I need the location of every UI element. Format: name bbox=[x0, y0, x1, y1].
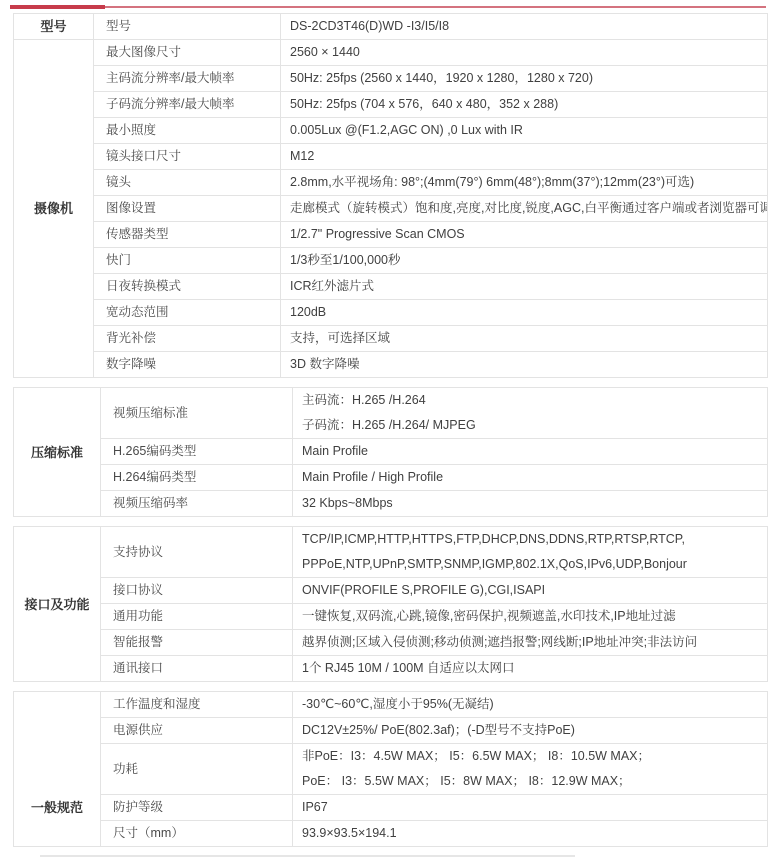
spec-name-cell: 最大图像尺寸 bbox=[94, 40, 281, 66]
spec-name-cell: 传感器类型 bbox=[94, 222, 281, 248]
spec-value-cell: 支持，可选择区域 bbox=[281, 326, 768, 352]
spec-value-cell: 120dB bbox=[281, 300, 768, 326]
spec-value-line: 走廊模式（旋转模式）饱和度,亮度,对比度,锐度,AGC,白平衡通过客户端或者浏览… bbox=[290, 196, 767, 221]
spec-name-cell: 镜头接口尺寸 bbox=[94, 144, 281, 170]
spec-name-cell: 通讯接口 bbox=[101, 656, 293, 682]
spec-row: 传感器类型1/2.7" Progressive Scan CMOS bbox=[14, 222, 768, 248]
spec-value-cell: 一键恢复,双码流,心跳,镜像,密码保护,视频遮盖,水印技术,IP地址过滤 bbox=[293, 604, 768, 630]
spec-name-cell: 工作温度和湿度 bbox=[101, 692, 293, 718]
spec-value-line: PPPoE,NTP,UPnP,SMTP,SNMP,IGMP,802.1X,QoS… bbox=[302, 552, 767, 577]
spec-name-cell: 镜头 bbox=[94, 170, 281, 196]
spec-row: 电源供应DC12V±25%/ PoE(802.3af)；(-D型号不支持PoE) bbox=[14, 718, 768, 744]
spec-value-line: Main Profile bbox=[302, 439, 767, 464]
spec-row: 型号型号DS-2CD3T46(D)WD -I3/I5/I8 bbox=[14, 14, 768, 40]
spec-row: 镜头接口尺寸M12 bbox=[14, 144, 768, 170]
spec-value-cell: IP67 bbox=[293, 795, 768, 821]
spec-value-cell: 越界侦测;区域入侵侦测;移动侦测;遮挡报警;网线断;IP地址冲突;非法访问 bbox=[293, 630, 768, 656]
spec-name-cell: 型号 bbox=[94, 14, 281, 40]
spec-value-cell: 主码流：H.265 /H.264子码流：H.265 /H.264/ MJPEG bbox=[293, 388, 768, 439]
spec-name-cell: 防护等级 bbox=[101, 795, 293, 821]
spec-value-line: ONVIF(PROFILE S,PROFILE G),CGI,ISAPI bbox=[302, 578, 767, 603]
spec-value-cell: 2560 × 1440 bbox=[281, 40, 768, 66]
spec-value-line: 50Hz: 25fps (704 x 576，640 x 480，352 x 2… bbox=[290, 92, 767, 117]
spec-value-line: M12 bbox=[290, 144, 767, 169]
spec-name-cell: H.265编码类型 bbox=[101, 439, 293, 465]
spec-row: 一般规范工作温度和湿度-30℃~60℃,湿度小于95%(无凝结) bbox=[14, 692, 768, 718]
spec-name-cell: 电源供应 bbox=[101, 718, 293, 744]
spec-value-line: 120dB bbox=[290, 300, 767, 325]
spec-value-cell: ONVIF(PROFILE S,PROFILE G),CGI,ISAPI bbox=[293, 578, 768, 604]
spec-row: 背光补偿支持，可选择区域 bbox=[14, 326, 768, 352]
spec-row: 接口及功能支持协议TCP/IP,ICMP,HTTP,HTTPS,FTP,DHCP… bbox=[14, 527, 768, 578]
spec-name-cell: 主码流分辨率/最大帧率 bbox=[94, 66, 281, 92]
spec-row: 日夜转换模式ICR红外滤片式 bbox=[14, 274, 768, 300]
spec-row: 镜头2.8mm,水平视场角: 98°;(4mm(79°) 6mm(48°);8m… bbox=[14, 170, 768, 196]
spec-row: 接口协议ONVIF(PROFILE S,PROFILE G),CGI,ISAPI bbox=[14, 578, 768, 604]
spec-value-line: 子码流：H.265 /H.264/ MJPEG bbox=[302, 413, 767, 438]
spec-value-cell: Main Profile bbox=[293, 439, 768, 465]
spec-row: 防护等级IP67 bbox=[14, 795, 768, 821]
spec-value-cell: 1/3秒至1/100,000秒 bbox=[281, 248, 768, 274]
spec-name-cell: 数字降噪 bbox=[94, 352, 281, 378]
spec-row: 图像设置走廊模式（旋转模式）饱和度,亮度,对比度,锐度,AGC,白平衡通过客户端… bbox=[14, 196, 768, 222]
spec-name-cell: 通用功能 bbox=[101, 604, 293, 630]
spec-value-cell: 93.9×93.5×194.1 bbox=[293, 821, 768, 847]
spec-value-line: 主码流：H.265 /H.264 bbox=[302, 388, 767, 413]
spec-name-cell: 视频压缩标准 bbox=[101, 388, 293, 439]
spec-value-line: 3D 数字降噪 bbox=[290, 352, 767, 377]
spec-row: 视频压缩码率32 Kbps~8Mbps bbox=[14, 491, 768, 517]
spec-value-cell: M12 bbox=[281, 144, 768, 170]
spec-table-model-camera: 型号型号DS-2CD3T46(D)WD -I3/I5/I8摄像机最大图像尺寸25… bbox=[13, 13, 768, 378]
spec-value-line: PoE： I3：5.5W MAX； I5：8W MAX； I8：12.9W MA… bbox=[302, 769, 767, 794]
spec-value-line: 越界侦测;区域入侵侦测;移动侦测;遮挡报警;网线断;IP地址冲突;非法访问 bbox=[302, 630, 767, 655]
spec-name-cell: 智能报警 bbox=[101, 630, 293, 656]
spec-row: 尺寸（mm）93.9×93.5×194.1 bbox=[14, 821, 768, 847]
spec-value-line: ICR红外滤片式 bbox=[290, 274, 767, 299]
spec-row: 压缩标准视频压缩标准主码流：H.265 /H.264子码流：H.265 /H.2… bbox=[14, 388, 768, 439]
spec-value-line: 1个 RJ45 10M / 100M 自适应以太网口 bbox=[302, 656, 767, 681]
spec-value-cell: 50Hz: 25fps (704 x 576，640 x 480，352 x 2… bbox=[281, 92, 768, 118]
spec-row: 最小照度0.005Lux @(F1.2,AGC ON) ,0 Lux with … bbox=[14, 118, 768, 144]
spec-row: H.264编码类型Main Profile / High Profile bbox=[14, 465, 768, 491]
spec-value-cell: 走廊模式（旋转模式）饱和度,亮度,对比度,锐度,AGC,白平衡通过客户端或者浏览… bbox=[281, 196, 768, 222]
spec-name-cell: 背光补偿 bbox=[94, 326, 281, 352]
spec-name-cell: 最小照度 bbox=[94, 118, 281, 144]
spec-value-cell: 2.8mm,水平视场角: 98°;(4mm(79°) 6mm(48°);8mm(… bbox=[281, 170, 768, 196]
section-label: 型号 bbox=[14, 14, 94, 40]
spec-name-cell: 视频压缩码率 bbox=[101, 491, 293, 517]
spec-table-interface-functions: 接口及功能支持协议TCP/IP,ICMP,HTTP,HTTPS,FTP,DHCP… bbox=[13, 526, 768, 682]
spec-row: H.265编码类型Main Profile bbox=[14, 439, 768, 465]
spec-row: 数字降噪3D 数字降噪 bbox=[14, 352, 768, 378]
spec-value-line: Main Profile / High Profile bbox=[302, 465, 767, 490]
spec-name-cell: 宽动态范围 bbox=[94, 300, 281, 326]
spec-value-cell: 1/2.7" Progressive Scan CMOS bbox=[281, 222, 768, 248]
section-label: 摄像机 bbox=[14, 40, 94, 378]
spec-value-cell: DC12V±25%/ PoE(802.3af)；(-D型号不支持PoE) bbox=[293, 718, 768, 744]
spec-value-line: 1/3秒至1/100,000秒 bbox=[290, 248, 767, 273]
spec-value-line: 2.8mm,水平视场角: 98°;(4mm(79°) 6mm(48°);8mm(… bbox=[290, 170, 767, 195]
spec-row: 功耗非PoE：I3：4.5W MAX； I5：6.5W MAX； I8：10.5… bbox=[14, 744, 768, 795]
spec-value-cell: DS-2CD3T46(D)WD -I3/I5/I8 bbox=[281, 14, 768, 40]
spec-row: 智能报警越界侦测;区域入侵侦测;移动侦测;遮挡报警;网线断;IP地址冲突;非法访… bbox=[14, 630, 768, 656]
spec-value-cell: ICR红外滤片式 bbox=[281, 274, 768, 300]
active-tab-indicator bbox=[10, 5, 105, 9]
spec-row: 摄像机最大图像尺寸2560 × 1440 bbox=[14, 40, 768, 66]
next-table-edge-divider bbox=[40, 855, 575, 857]
spec-name-cell: 快门 bbox=[94, 248, 281, 274]
spec-value-line: DC12V±25%/ PoE(802.3af)；(-D型号不支持PoE) bbox=[302, 718, 767, 743]
spec-name-cell: 支持协议 bbox=[101, 527, 293, 578]
spec-value-line: 支持，可选择区域 bbox=[290, 326, 767, 351]
spec-row: 宽动态范围120dB bbox=[14, 300, 768, 326]
spec-value-line: 0.005Lux @(F1.2,AGC ON) ,0 Lux with IR bbox=[290, 118, 767, 143]
spec-value-cell: 非PoE：I3：4.5W MAX； I5：6.5W MAX； I8：10.5W … bbox=[293, 744, 768, 795]
spec-name-cell: 日夜转换模式 bbox=[94, 274, 281, 300]
spec-table-general: 一般规范工作温度和湿度-30℃~60℃,湿度小于95%(无凝结)电源供应DC12… bbox=[13, 691, 768, 847]
spec-value-line: IP67 bbox=[302, 795, 767, 820]
tab-underline bbox=[10, 6, 766, 8]
spec-value-cell: 1个 RJ45 10M / 100M 自适应以太网口 bbox=[293, 656, 768, 682]
spec-name-cell: 图像设置 bbox=[94, 196, 281, 222]
section-label: 一般规范 bbox=[14, 692, 101, 847]
spec-value-line: 一键恢复,双码流,心跳,镜像,密码保护,视频遮盖,水印技术,IP地址过滤 bbox=[302, 604, 767, 629]
section-label: 压缩标准 bbox=[14, 388, 101, 517]
spec-value-cell: 0.005Lux @(F1.2,AGC ON) ,0 Lux with IR bbox=[281, 118, 768, 144]
spec-value-line: TCP/IP,ICMP,HTTP,HTTPS,FTP,DHCP,DNS,DDNS… bbox=[302, 527, 767, 552]
spec-value-cell: 50Hz: 25fps (2560 x 1440，1920 x 1280，128… bbox=[281, 66, 768, 92]
spec-value-line: 93.9×93.5×194.1 bbox=[302, 821, 767, 846]
spec-value-line: DS-2CD3T46(D)WD -I3/I5/I8 bbox=[290, 14, 767, 39]
spec-table-compression: 压缩标准视频压缩标准主码流：H.265 /H.264子码流：H.265 /H.2… bbox=[13, 387, 768, 517]
spec-value-line: 32 Kbps~8Mbps bbox=[302, 491, 767, 516]
spec-value-line: 50Hz: 25fps (2560 x 1440，1920 x 1280，128… bbox=[290, 66, 767, 91]
spec-value-cell: -30℃~60℃,湿度小于95%(无凝结) bbox=[293, 692, 768, 718]
spec-name-cell: 功耗 bbox=[101, 744, 293, 795]
spec-name-cell: 子码流分辨率/最大帧率 bbox=[94, 92, 281, 118]
spec-row: 快门1/3秒至1/100,000秒 bbox=[14, 248, 768, 274]
spec-value-line: 非PoE：I3：4.5W MAX； I5：6.5W MAX； I8：10.5W … bbox=[302, 744, 767, 769]
spec-value-line: 1/2.7" Progressive Scan CMOS bbox=[290, 222, 767, 247]
spec-row: 子码流分辨率/最大帧率50Hz: 25fps (704 x 576，640 x … bbox=[14, 92, 768, 118]
section-label: 接口及功能 bbox=[14, 527, 101, 682]
spec-row: 通讯接口1个 RJ45 10M / 100M 自适应以太网口 bbox=[14, 656, 768, 682]
spec-value-line: -30℃~60℃,湿度小于95%(无凝结) bbox=[302, 692, 767, 717]
spec-value-cell: Main Profile / High Profile bbox=[293, 465, 768, 491]
spec-value-cell: TCP/IP,ICMP,HTTP,HTTPS,FTP,DHCP,DNS,DDNS… bbox=[293, 527, 768, 578]
spec-name-cell: H.264编码类型 bbox=[101, 465, 293, 491]
spec-row: 通用功能一键恢复,双码流,心跳,镜像,密码保护,视频遮盖,水印技术,IP地址过滤 bbox=[14, 604, 768, 630]
spec-row: 主码流分辨率/最大帧率50Hz: 25fps (2560 x 1440，1920… bbox=[14, 66, 768, 92]
spec-value-cell: 32 Kbps~8Mbps bbox=[293, 491, 768, 517]
spec-value-cell: 3D 数字降噪 bbox=[281, 352, 768, 378]
spec-value-line: 2560 × 1440 bbox=[290, 40, 767, 65]
spec-name-cell: 尺寸（mm） bbox=[101, 821, 293, 847]
spec-name-cell: 接口协议 bbox=[101, 578, 293, 604]
